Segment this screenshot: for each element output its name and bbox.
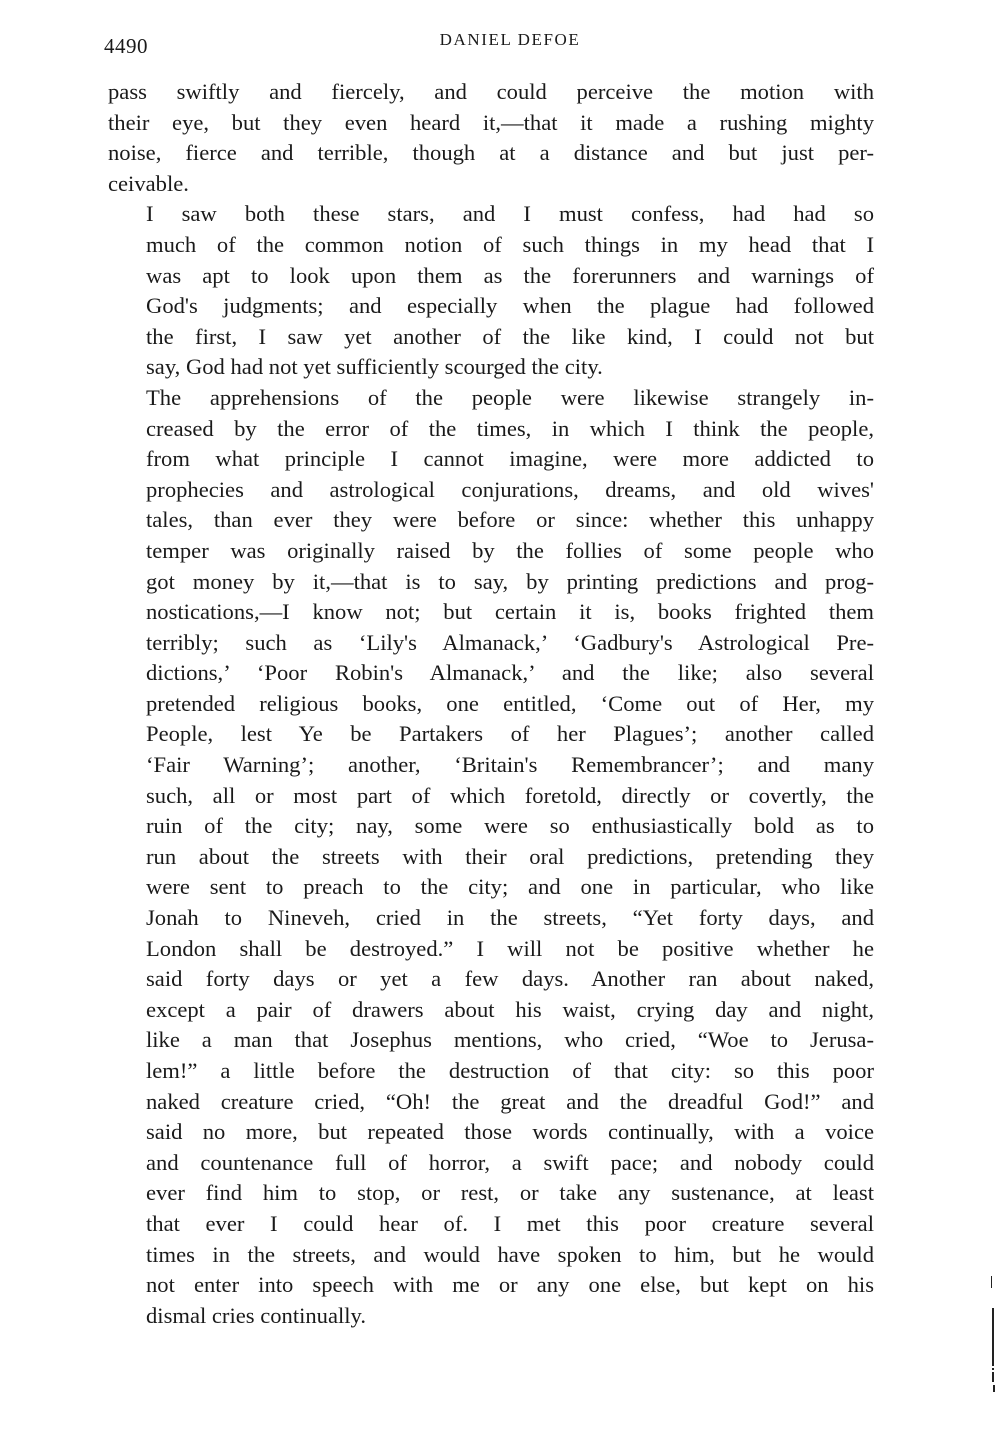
text-line: not enter into speech with me or any one…	[108, 1270, 874, 1301]
body-text: pass swiftly and fiercely, and could per…	[108, 77, 874, 1331]
text-line: much of the common notion of such things…	[108, 230, 874, 261]
scan-artifact-mark	[993, 1385, 995, 1392]
text-line: their eye, but they even heard it,—that …	[108, 108, 874, 139]
text-line: prophecies and astrological conjurations…	[108, 475, 874, 506]
text-line: like a man that Josephus mentions, who c…	[108, 1025, 874, 1056]
text-line: and countenance full of horror, a swift …	[108, 1148, 874, 1179]
text-line: creased by the error of the times, in wh…	[108, 414, 874, 445]
text-line: tales, than ever they were before or sin…	[108, 505, 874, 536]
text-line: run about the streets with their oral pr…	[108, 842, 874, 873]
text-line: said forty days or yet a few days. Anoth…	[108, 964, 874, 995]
text-line: lem!” a little before the destruction of…	[108, 1056, 874, 1087]
text-line: from what principle I cannot imagine, we…	[108, 444, 874, 475]
running-title: DANIEL DEFOE	[104, 30, 876, 50]
text-line: that ever I could hear of. I met this po…	[108, 1209, 874, 1240]
paragraph: The apprehensions of the people were lik…	[108, 383, 874, 1331]
text-line: ceivable.	[108, 169, 874, 200]
text-line: ruin of the city; nay, some were so enth…	[108, 811, 874, 842]
text-line: got money by it,—that is to say, by prin…	[108, 567, 874, 598]
text-line: dismal cries continually.	[108, 1301, 874, 1332]
scan-artifact-mark	[991, 1276, 992, 1288]
text-line: the first, I saw yet another of the like…	[108, 322, 874, 353]
text-line: pretended religious books, one entitled,…	[108, 689, 874, 720]
text-line: ever find him to stop, or rest, or take …	[108, 1178, 874, 1209]
text-line: pass swiftly and fiercely, and could per…	[108, 77, 874, 108]
running-head: 4490 DANIEL DEFOE	[104, 30, 876, 60]
text-line: noise, fierce and terrible, though at a …	[108, 138, 874, 169]
text-line: was apt to look upon them as the forerun…	[108, 261, 874, 292]
text-line: London shall be destroyed.” I will not b…	[108, 934, 874, 965]
text-line: I saw both these stars, and I must confe…	[108, 199, 874, 230]
scan-artifact-mark	[992, 1368, 994, 1370]
paragraph: I saw both these stars, and I must confe…	[108, 199, 874, 383]
text-line: People, lest Ye be Partakers of her Plag…	[108, 719, 874, 750]
text-line: nostications,—I know not; but certain it…	[108, 597, 874, 628]
book-page: 4490 DANIEL DEFOE pass swiftly and fierc…	[0, 0, 1000, 1437]
text-line: ‘Fair Warning’; another, ‘Britain's Reme…	[108, 750, 874, 781]
text-line: were sent to preach to the city; and one…	[108, 872, 874, 903]
text-line: said no more, but repeated those words c…	[108, 1117, 874, 1148]
text-line: times in the streets, and would have spo…	[108, 1240, 874, 1271]
text-line: say, God had not yet sufficiently scourg…	[108, 352, 874, 383]
paragraph: pass swiftly and fiercely, and could per…	[108, 77, 874, 199]
text-line: such, all or most part of which foretold…	[108, 781, 874, 812]
text-line: except a pair of drawers about his waist…	[108, 995, 874, 1026]
text-line: God's judgments; and especially when the…	[108, 291, 874, 322]
text-line: Jonah to Nineveh, cried in the streets, …	[108, 903, 874, 934]
text-line: dictions,’ ‘Poor Robin's Almanack,’ and …	[108, 658, 874, 689]
scan-artifact-mark	[992, 1372, 994, 1382]
text-line: The apprehensions of the people were lik…	[108, 383, 874, 414]
text-line: temper was originally raised by the foll…	[108, 536, 874, 567]
text-line: naked creature cried, “Oh! the great and…	[108, 1087, 874, 1118]
text-line: terribly; such as ‘Lily's Almanack,’ ‘Ga…	[108, 628, 874, 659]
scan-artifact-mark	[992, 1308, 994, 1366]
